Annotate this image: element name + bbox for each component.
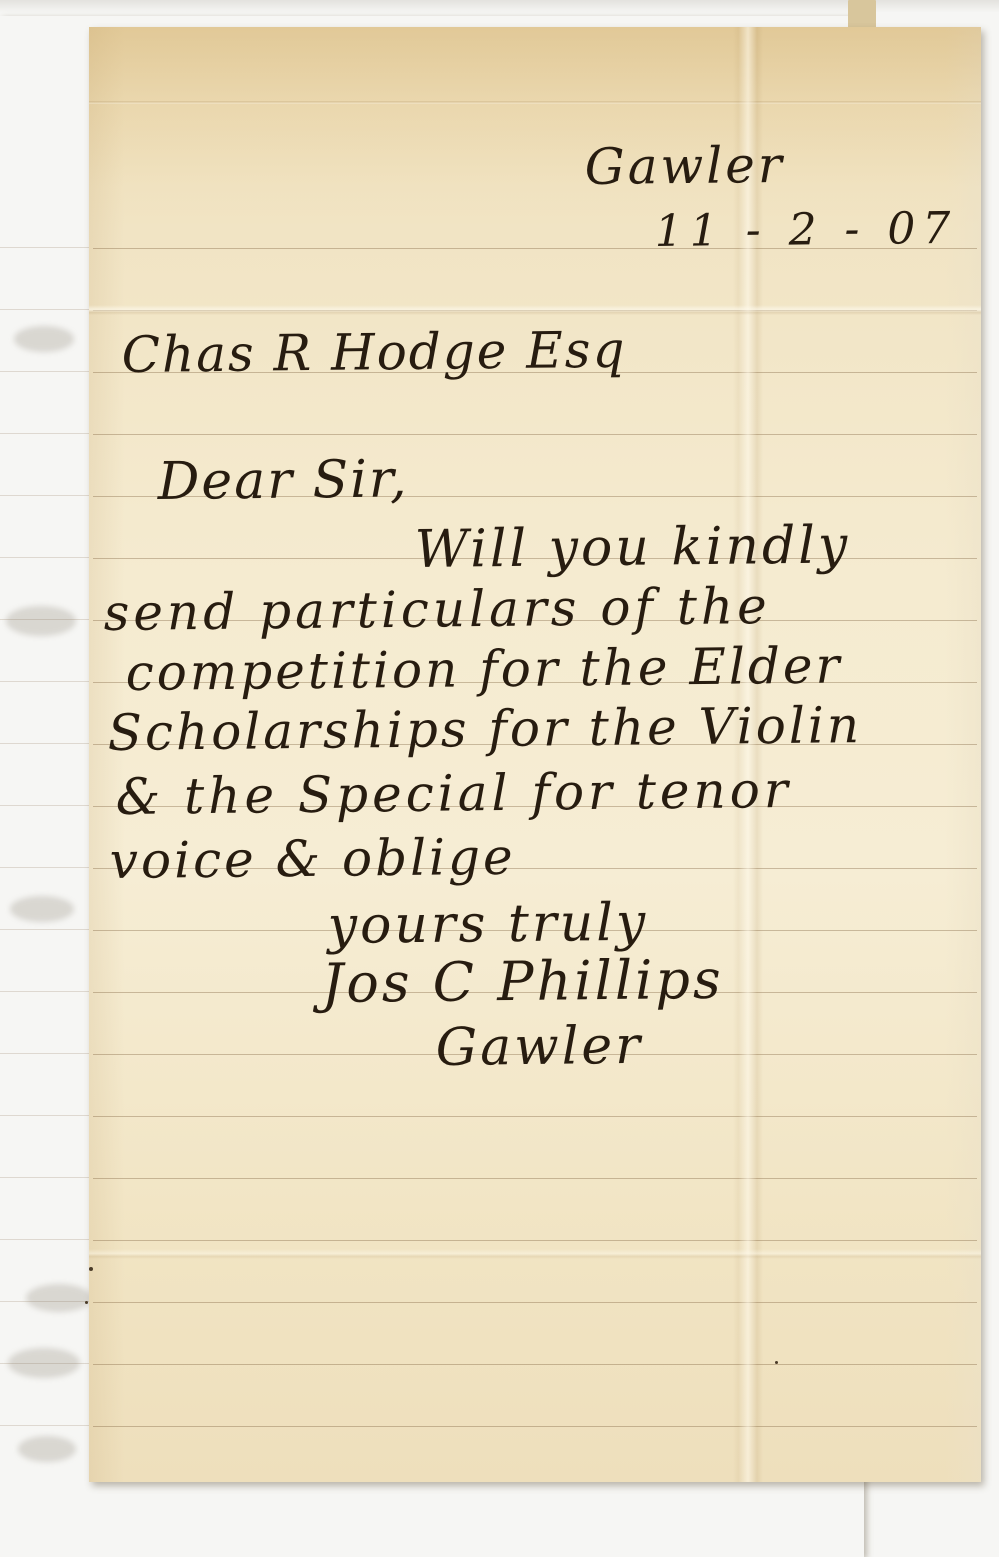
body-line: Scholarships for the Violin (107, 696, 862, 762)
scanned-letter: Gawler 11 - 2 - 07 Chas R Hodge Esq Dear… (0, 0, 999, 1557)
top-fold-line (89, 101, 981, 104)
ink-speck (775, 1361, 778, 1364)
closing: yours truly (327, 893, 648, 956)
body-line: Will you kindly (414, 515, 850, 580)
signature: Jos C Phillips (321, 948, 724, 1015)
letter-place: Gawler (584, 136, 785, 196)
ink-bleedthrough (8, 1348, 80, 1378)
body-line: competition for the Elder (125, 636, 842, 702)
signature-place: Gawler (435, 1016, 643, 1078)
body-line: send particulars of the (103, 577, 771, 642)
ink-speck (85, 1301, 88, 1304)
horizontal-fold-crease-lower (89, 1249, 981, 1259)
ink-bleedthrough (18, 1436, 76, 1462)
body-line: & the Special for tenor (115, 761, 792, 826)
ink-bleedthrough (26, 1284, 92, 1312)
body-line: voice & oblige (109, 828, 516, 890)
ink-bleedthrough (14, 326, 74, 352)
recipient-line: Chas R Hodge Esq (121, 321, 626, 384)
ink-bleedthrough (10, 896, 74, 922)
letter-date: 11 - 2 - 07 (654, 203, 957, 257)
ink-bleedthrough (6, 606, 76, 636)
ink-speck (89, 1267, 93, 1271)
horizontal-fold-crease-upper (89, 305, 981, 315)
salutation: Dear Sir, (157, 449, 408, 512)
